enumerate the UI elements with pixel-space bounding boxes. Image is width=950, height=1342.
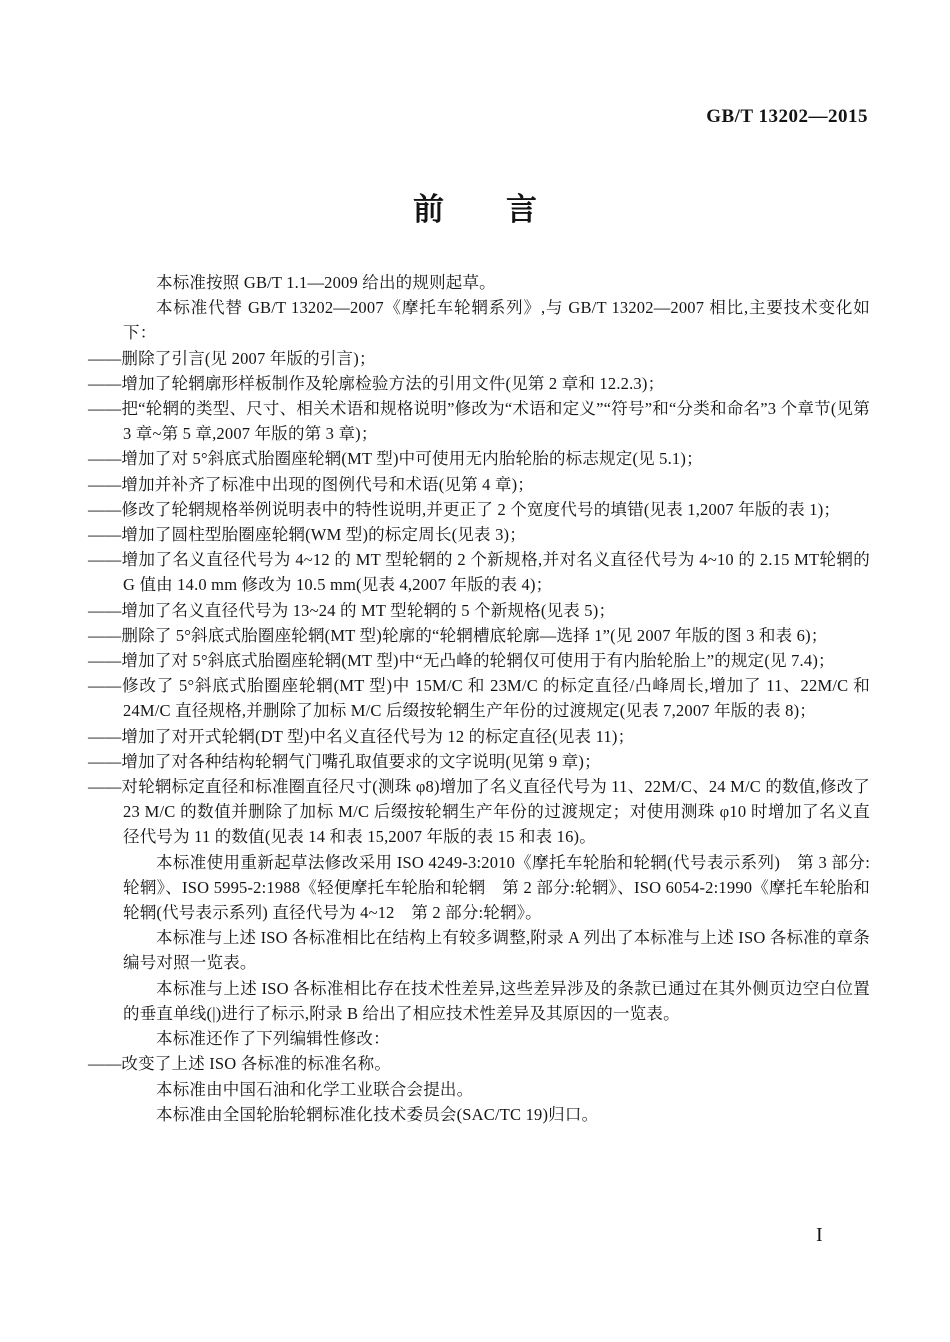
change-list-item: ——增加并补齐了标准中出现的图例代号和术语(见第 4 章)； <box>123 472 870 497</box>
change-list-item: ——增加了圆柱型胎圈座轮辋(WM 型)的标定周长(见表 3)； <box>123 522 870 547</box>
change-list-item: ——把“轮辋的类型、尺寸、相关术语和规格说明”修改为“术语和定义”“符号”和“分… <box>123 396 870 446</box>
change-list-item: ——删除了引言(见 2007 年版的引言)； <box>123 346 870 371</box>
paragraph: 本标准代替 GB/T 13202—2007《摩托车轮辋系列》,与 GB/T 13… <box>123 295 870 345</box>
paragraph: 本标准由全国轮胎轮辋标准化技术委员会(SAC/TC 19)归口。 <box>123 1102 870 1127</box>
change-list-item: ——增加了对 5°斜底式胎圈座轮辋(MT 型)中可使用无内胎轮胎的标志规定(见 … <box>123 446 870 471</box>
paragraph: 本标准与上述 ISO 各标准相比存在技术性差异,这些差异涉及的条款已通过在其外侧… <box>123 976 870 1026</box>
paragraph: 本标准还作了下列编辑性修改： <box>123 1026 870 1051</box>
doc-number: GB/T 13202—2015 <box>706 106 868 128</box>
paragraph: 本标准使用重新起草法修改采用 ISO 4249-3:2010《摩托车轮胎和轮辋(… <box>123 850 870 926</box>
paragraph: 本标准按照 GB/T 1.1—2009 给出的规则起草。 <box>123 270 870 295</box>
page-title: 前 言 <box>0 184 950 229</box>
change-list-item: ——增加了名义直径代号为 4~12 的 MT 型轮辋的 2 个新规格,并对名义直… <box>123 547 870 597</box>
change-list-item: ——修改了 5°斜底式胎圈座轮辋(MT 型)中 15M/C 和 23M/C 的标… <box>123 673 870 723</box>
change-list-item: ——删除了 5°斜底式胎圈座轮辋(MT 型)轮廓的“轮辋槽底轮廓—选择 1”(见… <box>123 623 870 648</box>
paragraph: 本标准由中国石油和化学工业联合会提出。 <box>123 1077 870 1102</box>
change-list-item: ——改变了上述 ISO 各标准的标准名称。 <box>123 1051 870 1076</box>
change-list-item: ——增加了名义直径代号为 13~24 的 MT 型轮辋的 5 个新规格(见表 5… <box>123 598 870 623</box>
document-page: GB/T 13202—2015 前 言 本标准按照 GB/T 1.1—2009 … <box>0 0 950 1342</box>
change-list-item: ——增加了轮辋廓形样板制作及轮廓检验方法的引用文件(见第 2 章和 12.2.3… <box>123 371 870 396</box>
change-list-item: ——增加了对开式轮辋(DT 型)中名义直径代号为 12 的标定直径(见表 11)… <box>123 724 870 749</box>
change-list-item: ——增加了对 5°斜底式胎圈座轮辋(MT 型)中“无凸峰的轮辋仅可使用于有内胎轮… <box>123 648 870 673</box>
change-list-item: ——修改了轮辋规格举例说明表中的特性说明,并更正了 2 个宽度代号的填错(见表 … <box>123 497 870 522</box>
page-number: I <box>816 1224 823 1247</box>
paragraph: 本标准与上述 ISO 各标准相比在结构上有较多调整,附录 A 列出了本标准与上述… <box>123 925 870 975</box>
change-list-item: ——对轮辋标定直径和标准圈直径尺寸(测珠 φ8)增加了名义直径代号为 11、22… <box>123 774 870 850</box>
change-list-item: ——增加了对各种结构轮辋气门嘴孔取值要求的文字说明(见第 9 章)； <box>123 749 870 774</box>
foreword-body: 本标准按照 GB/T 1.1—2009 给出的规则起草。本标准代替 GB/T 1… <box>123 270 870 1127</box>
